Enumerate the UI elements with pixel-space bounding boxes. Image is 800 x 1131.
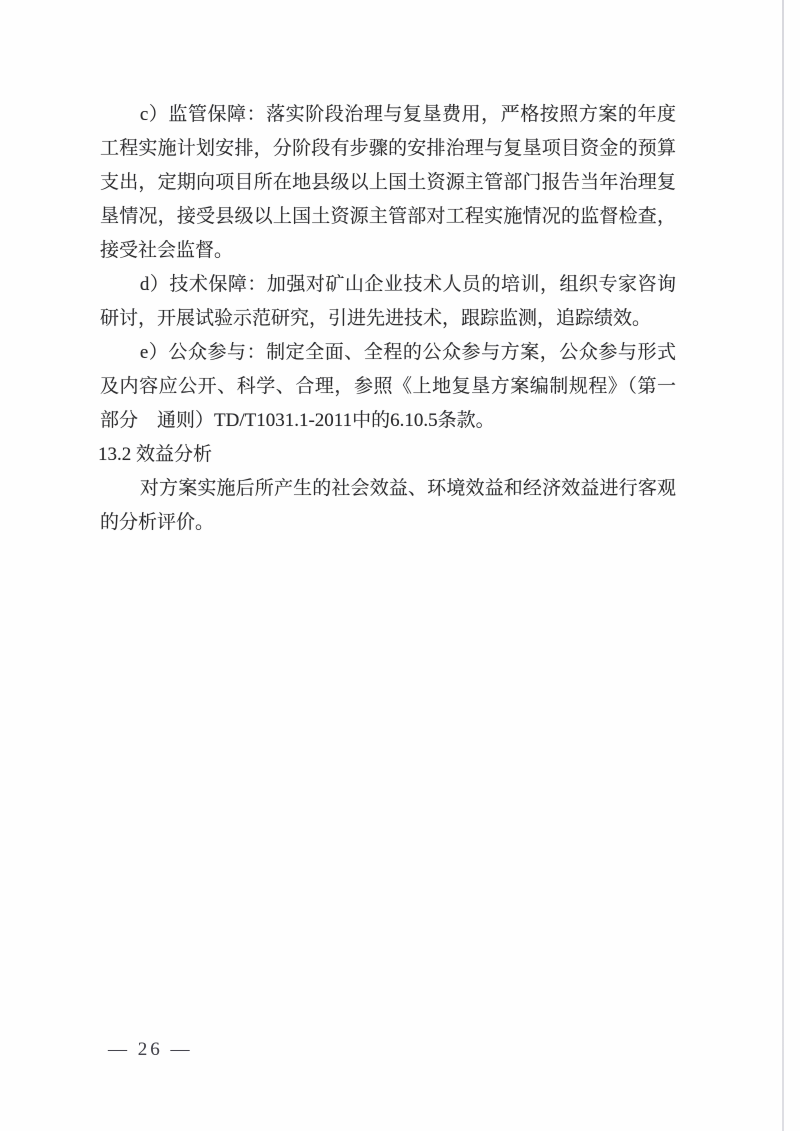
section-heading-benefit-analysis: 13.2 效益分析 — [98, 438, 676, 472]
paragraph-technical-guarantee: d）技术保障：加强对矿山企业技术人员的培训，组织专家咨询研讨，开展试验示范研究，… — [100, 268, 676, 336]
page-number: — 26 — — [108, 1038, 193, 1062]
paragraph-benefit-analysis: 对方案实施后所产生的社会效益、环境效益和经济效益进行客观的分析评价。 — [100, 472, 676, 540]
document-body: c）监管保障：落实阶段治理与复垦费用，严格按照方案的年度工程实施计划安排，分阶段… — [100, 98, 676, 540]
scan-edge-artifact — [782, 0, 784, 1131]
paragraph-public-participation: e）公众参与：制定全面、全程的公众参与方案，公众参与形式及内容应公开、科学、合理… — [100, 336, 676, 438]
document-page: c）监管保障：落实阶段治理与复垦费用，严格按照方案的年度工程实施计划安排，分阶段… — [0, 0, 800, 1131]
paragraph-supervision-guarantee: c）监管保障：落实阶段治理与复垦费用，严格按照方案的年度工程实施计划安排，分阶段… — [100, 98, 676, 268]
